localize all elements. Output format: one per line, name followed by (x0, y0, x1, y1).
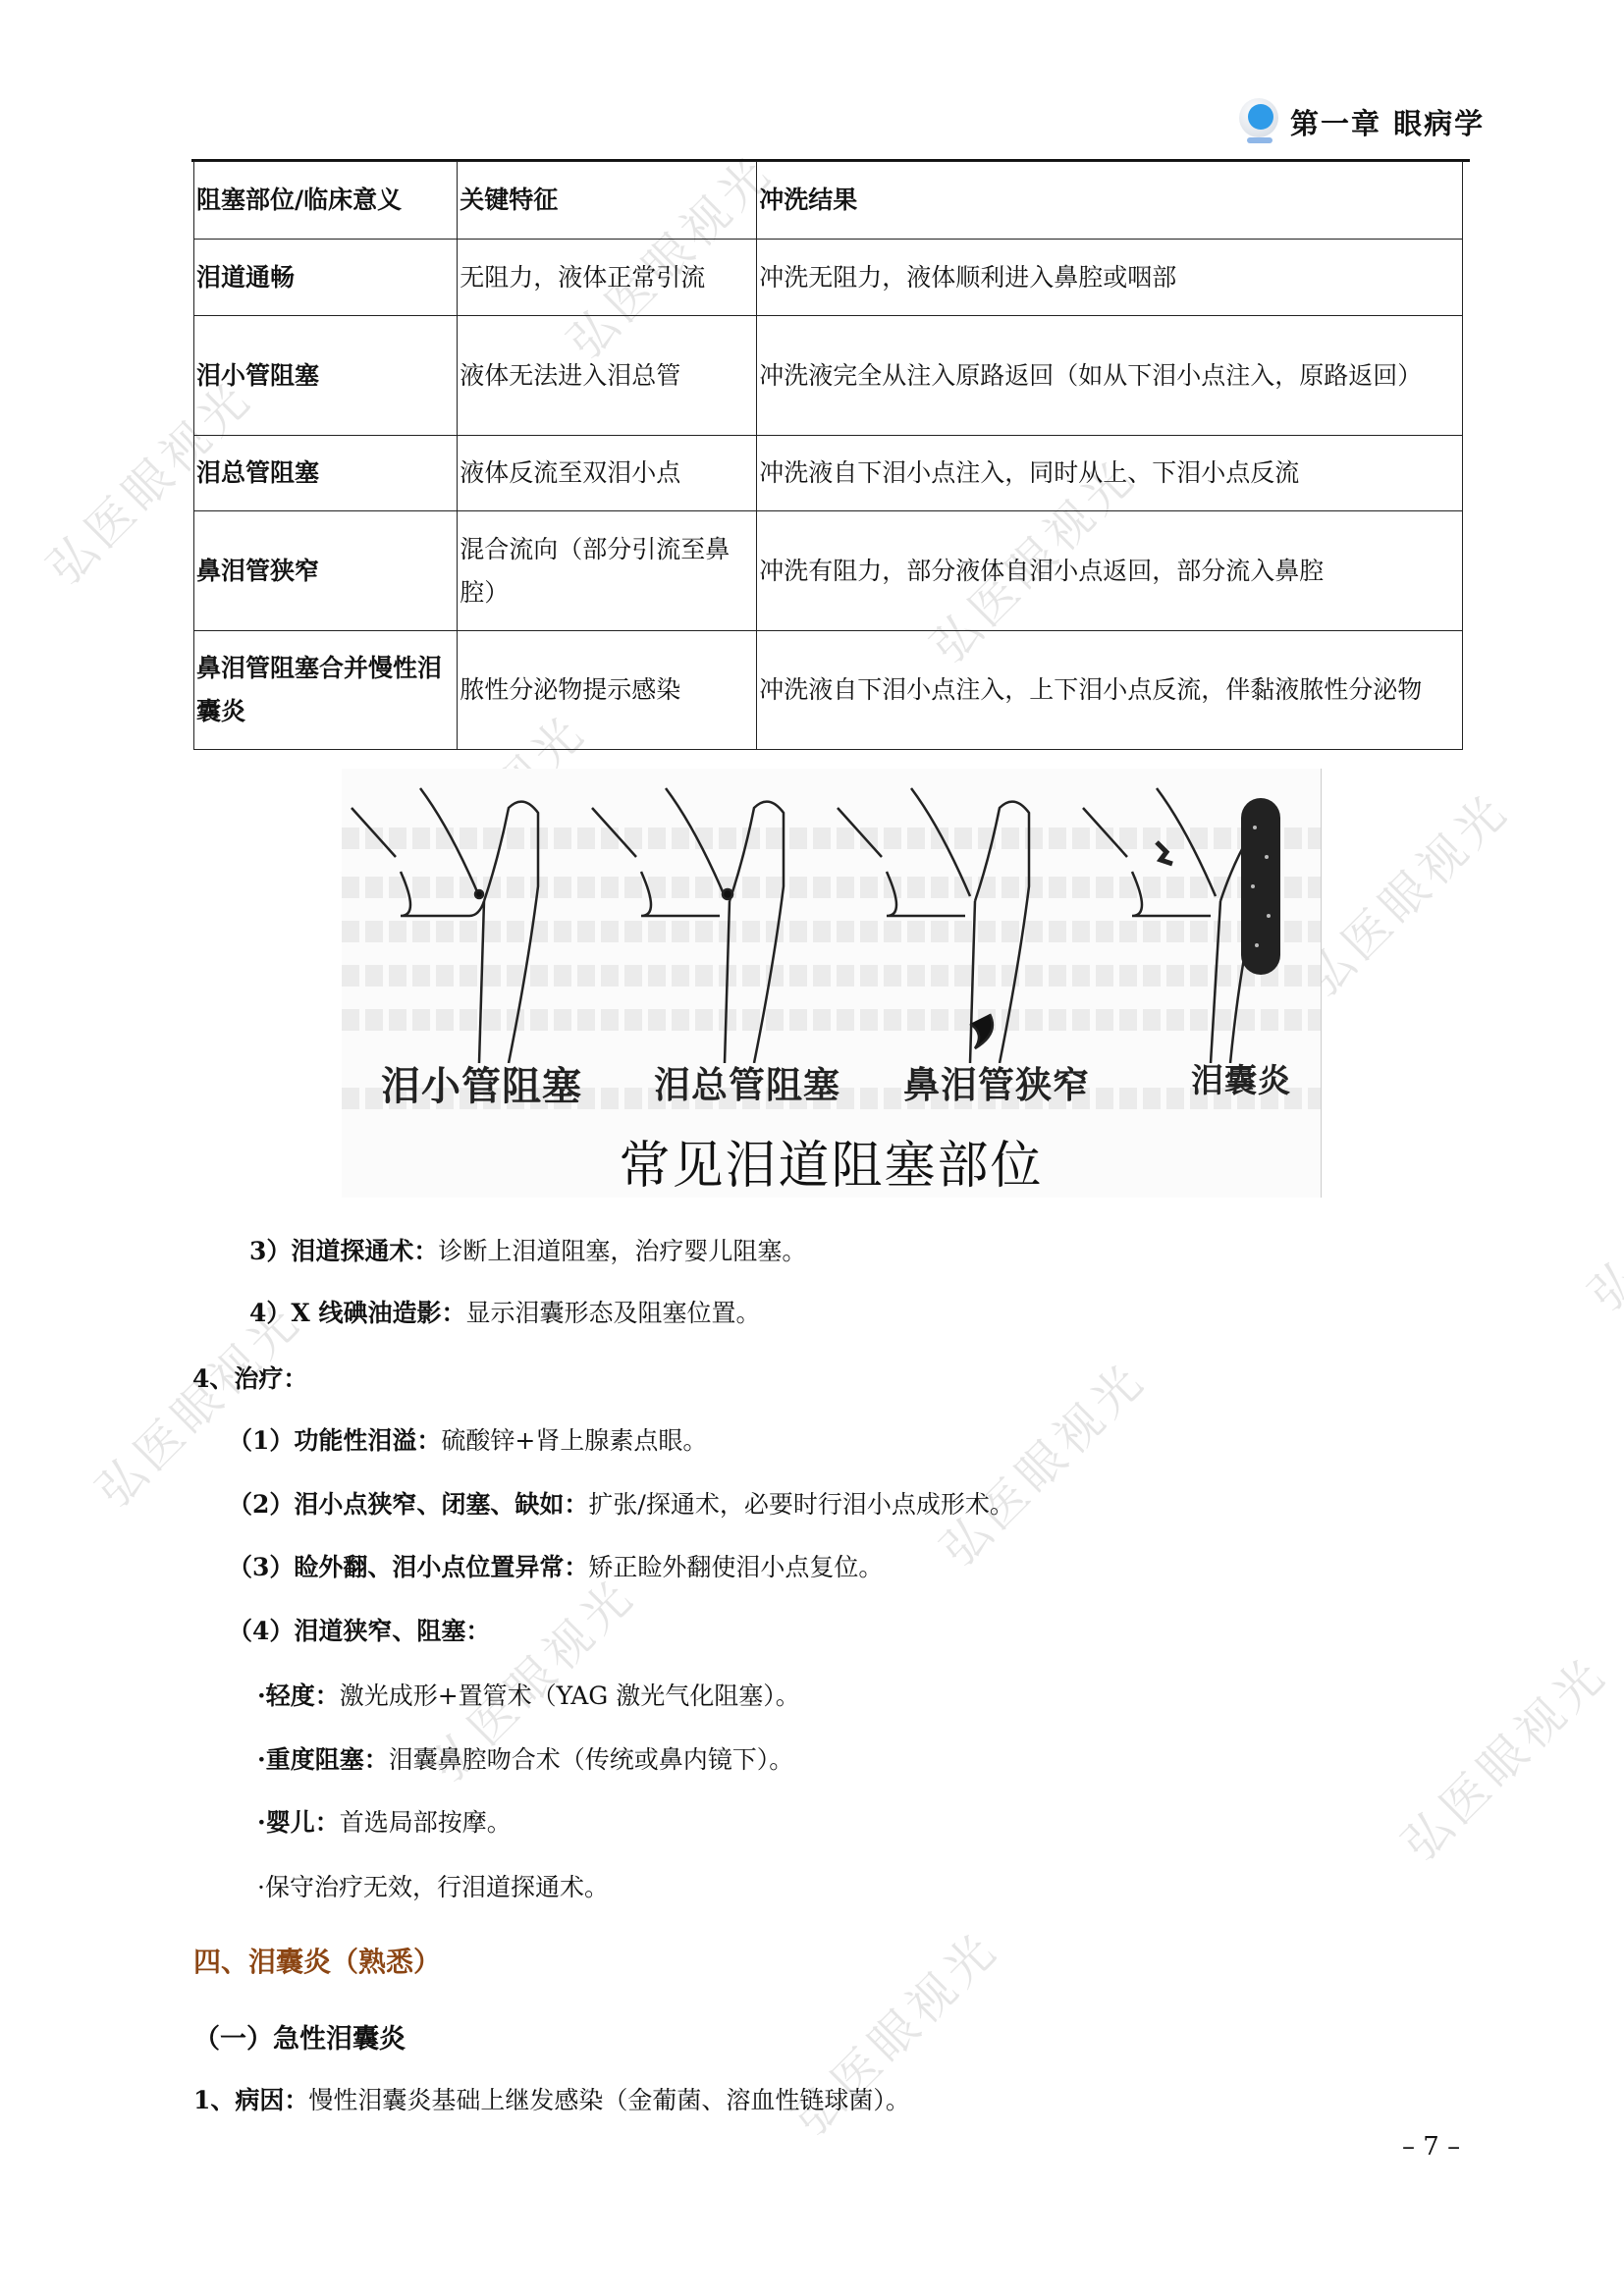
page-header: 第一章 眼病学 (1235, 96, 1485, 147)
item-label: ·重度阻塞： (257, 1745, 389, 1774)
table-cell: 混合流向（部分引流至鼻腔） (458, 511, 757, 631)
treatment-item-1: （1）功能性泪溢：硫酸锌+肾上腺素点眼。 (228, 1424, 707, 1458)
chapter-title: 第一章 眼病学 (1290, 102, 1485, 142)
irrigation-results-table: 阻塞部位/临床意义 关键特征 冲洗结果 泪道通畅 无阻力，液体正常引流 冲洗无阻… (193, 161, 1463, 750)
table-cell: 液体反流至双泪小点 (458, 436, 757, 511)
lacrimal-duct-diagram-icon (342, 769, 1321, 1063)
table-cell: 鼻泪管狭窄 (194, 511, 458, 631)
item-label: （1）功能性泪溢： (228, 1426, 441, 1455)
bullet-infant: ·婴儿：首选局部按摩。 (257, 1806, 512, 1840)
item-label: 1、病因： (193, 2086, 308, 2114)
item-label: （3）睑外翻、泪小点位置异常： (228, 1553, 588, 1581)
table-cell: 液体无法进入泪总管 (458, 316, 757, 436)
figure-caption: 常见泪道阻塞部位 (342, 1124, 1321, 1198)
cause-line: 1、病因：慢性泪囊炎基础上继发感染（金葡菌、溶血性链球菌）。 (193, 2084, 910, 2117)
table-header-cell: 阻塞部位/临床意义 (194, 162, 458, 240)
item-label: ·轻度： (257, 1682, 340, 1710)
item-text: 显示泪囊形态及阻塞位置。 (466, 1299, 761, 1327)
heading-text: 4、治疗： (192, 1364, 307, 1393)
bullet-mild: ·轻度：激光成形+置管术（YAG 激光气化阻塞）。 (257, 1680, 800, 1713)
table-cell: 泪小管阻塞 (194, 316, 458, 436)
table-cell: 脓性分泌物提示感染 (458, 631, 757, 750)
exam-item-3: 3）泪道探通术：诊断上泪道阻塞，治疗婴儿阻塞。 (249, 1235, 806, 1268)
treatment-item-4: （4）泪道狭窄、阻塞： (228, 1615, 490, 1648)
treatment-item-2: （2）泪小点狭窄、闭塞、缺如：扩张/探通术，必要时行泪小点成形术。 (228, 1488, 1014, 1522)
subsection-heading: （一）急性泪囊炎 (193, 2023, 406, 2056)
page-number: – 7 – (1402, 2132, 1460, 2162)
table-row: 泪道通畅 无阻力，液体正常引流 冲洗无阻力，液体顺利进入鼻腔或咽部 (194, 240, 1463, 316)
item-text: 诊断上泪道阻塞，治疗婴儿阻塞。 (438, 1237, 806, 1265)
treatment-heading: 4、治疗： (192, 1362, 307, 1396)
eyeball-mascot-icon (1235, 96, 1282, 147)
item-label: （2）泪小点狭窄、闭塞、缺如： (228, 1490, 588, 1519)
table-header-row: 阻塞部位/临床意义 关键特征 冲洗结果 (194, 162, 1463, 240)
item-text: ·保守治疗无效，行泪道探通术。 (257, 1873, 609, 1901)
table-cell: 冲洗有阻力，部分液体自泪小点返回，部分流入鼻腔 (757, 511, 1463, 631)
figure-label: 泪囊炎 (1191, 1055, 1291, 1101)
table-row: 泪小管阻塞 液体无法进入泪总管 冲洗液完全从注入原路返回（如从下泪小点注入，原路… (194, 316, 1463, 436)
watermark: 弘医眼视光 (1384, 1638, 1620, 1874)
item-text: 扩张/探通术，必要时行泪小点成形术。 (588, 1490, 1013, 1519)
section-heading: 四、泪囊炎（熟悉） (193, 1946, 441, 1979)
item-text: 激光成形+置管术（YAG 激光气化阻塞）。 (340, 1682, 800, 1710)
table-cell: 泪道通畅 (194, 240, 458, 316)
table-row: 鼻泪管狭窄 混合流向（部分引流至鼻腔） 冲洗有阻力，部分液体自泪小点返回，部分流… (194, 511, 1463, 631)
table-row: 泪总管阻塞 液体反流至双泪小点 冲洗液自下泪小点注入，同时从上、下泪小点反流 (194, 436, 1463, 511)
item-text: 慢性泪囊炎基础上继发感染（金葡菌、溶血性链球菌）。 (308, 2086, 910, 2114)
table-cell: 冲洗液完全从注入原路返回（如从下泪小点注入，原路返回） (757, 316, 1463, 436)
item-label: （4）泪道狭窄、阻塞： (228, 1617, 490, 1645)
item-text: 硫酸锌+肾上腺素点眼。 (441, 1426, 707, 1455)
table-cell: 无阻力，液体正常引流 (458, 240, 757, 316)
table-cell: 冲洗液自下泪小点注入，上下泪小点反流，伴黏液脓性分泌物 (757, 631, 1463, 750)
bullet-conservative: ·保守治疗无效，行泪道探通术。 (257, 1871, 609, 1904)
item-text: 泪囊鼻腔吻合术（传统或鼻内镜下）。 (389, 1745, 794, 1774)
figure-label: 泪总管阻塞 (654, 1055, 840, 1108)
figure-label: 泪小管阻塞 (381, 1055, 582, 1111)
item-label: ·婴儿： (257, 1808, 340, 1837)
figure-label: 鼻泪管狭窄 (903, 1055, 1090, 1108)
item-text: 矫正睑外翻使泪小点复位。 (588, 1553, 883, 1581)
bullet-severe: ·重度阻塞：泪囊鼻腔吻合术（传统或鼻内镜下）。 (257, 1743, 793, 1777)
table-row: 鼻泪管阻塞合并慢性泪囊炎 脓性分泌物提示感染 冲洗液自下泪小点注入，上下泪小点反… (194, 631, 1463, 750)
lacrimal-obstruction-figure: 泪小管阻塞 泪总管阻塞 鼻泪管狭窄 泪囊炎 常见泪道阻塞部位 (342, 769, 1322, 1198)
item-label: 4）X 线碘油造影： (249, 1299, 466, 1327)
table-cell: 冲洗无阻力，液体顺利进入鼻腔或咽部 (757, 240, 1463, 316)
watermark: 弘医眼视光 (923, 1344, 1159, 1579)
exam-item-4: 4）X 线碘油造影：显示泪囊形态及阻塞位置。 (249, 1297, 761, 1330)
watermark: 弘医眼视光 (1571, 1089, 1624, 1324)
table-header-cell: 关键特征 (458, 162, 757, 240)
item-text: 首选局部按摩。 (340, 1808, 512, 1837)
table-header-cell: 冲洗结果 (757, 162, 1463, 240)
item-label: 3）泪道探通术： (249, 1237, 438, 1265)
table-cell: 冲洗液自下泪小点注入，同时从上、下泪小点反流 (757, 436, 1463, 511)
table-cell: 鼻泪管阻塞合并慢性泪囊炎 (194, 631, 458, 750)
table-cell: 泪总管阻塞 (194, 436, 458, 511)
treatment-item-3: （3）睑外翻、泪小点位置异常：矫正睑外翻使泪小点复位。 (228, 1551, 883, 1584)
